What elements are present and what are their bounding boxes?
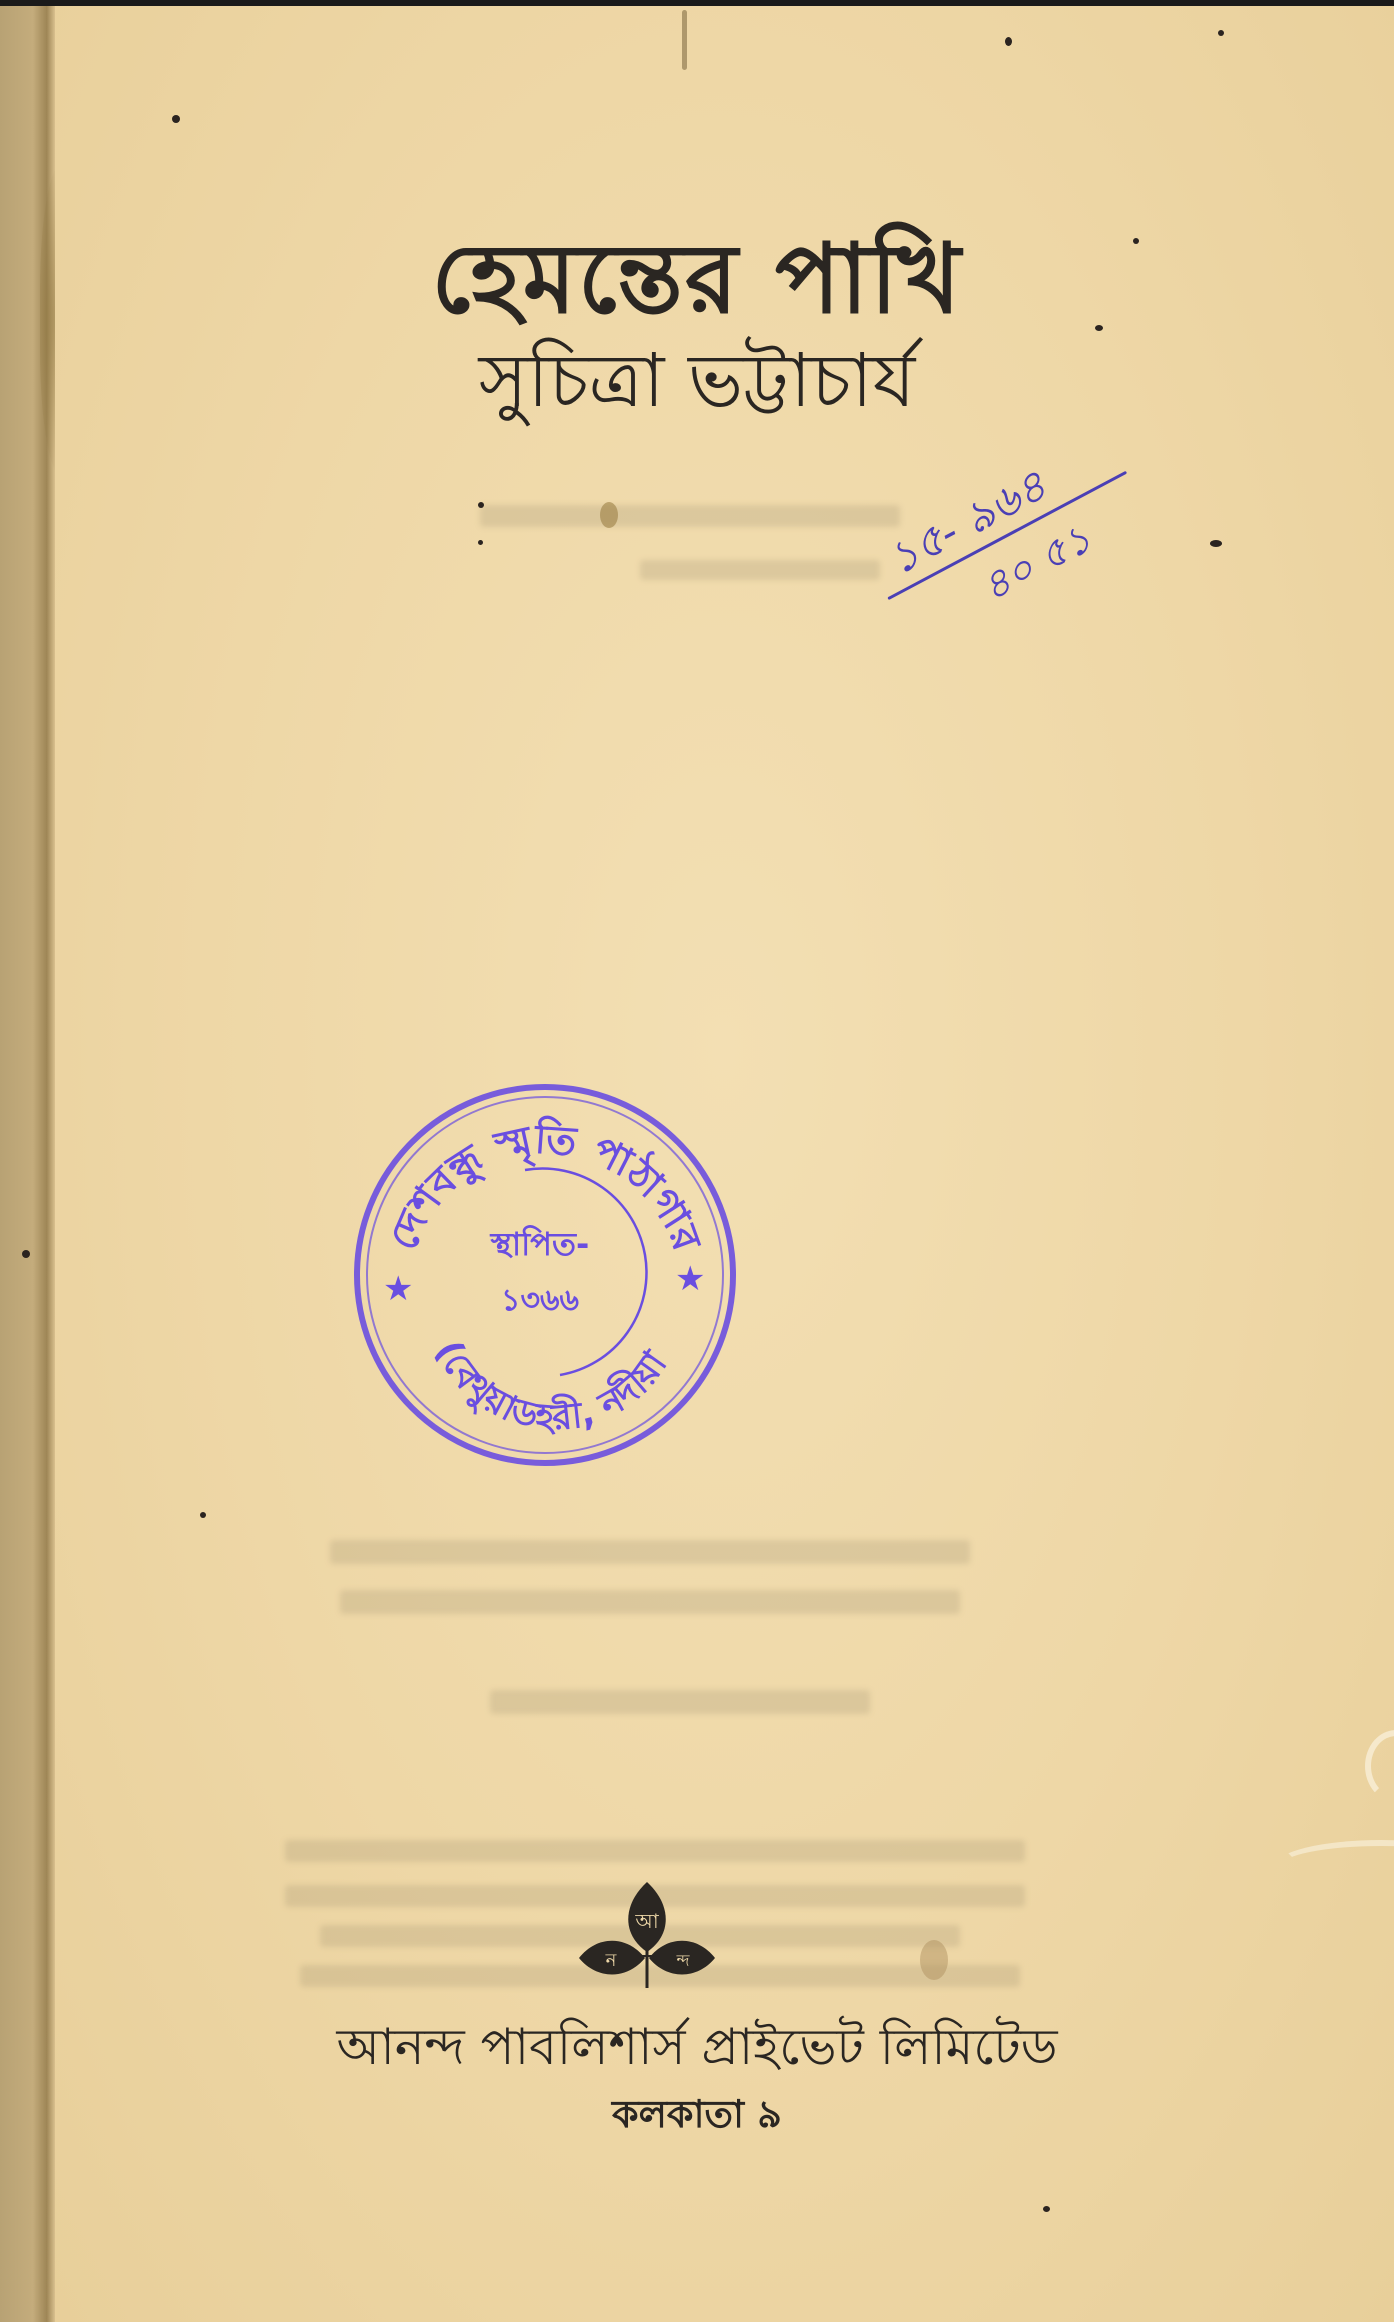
ink-speck bbox=[1210, 540, 1222, 547]
book-author: সুচিত্রা ভট্টাচার্য bbox=[0, 325, 1394, 448]
publisher-city: কলকাতা ৯ bbox=[0, 2085, 1394, 2149]
ink-speck bbox=[1043, 2206, 1050, 2212]
bleed-through-line bbox=[285, 1840, 1025, 1862]
ink-speck bbox=[172, 115, 180, 123]
library-stamp: দেশবন্ধু স্মৃতি পাঠাগার (বেথুয়াডহরী, নদ… bbox=[345, 1075, 745, 1475]
logo-letter: ন্দ bbox=[676, 1951, 691, 1970]
library-stamp-graphic: দেশবন্ধু স্মৃতি পাঠাগার (বেথুয়াডহরী, নদ… bbox=[345, 1075, 745, 1475]
ink-speck bbox=[478, 502, 484, 508]
dirt-spot bbox=[920, 1940, 948, 1980]
bleed-through-line bbox=[340, 1590, 960, 1614]
ink-speck bbox=[22, 1250, 30, 1258]
star-icon: ★ bbox=[675, 1259, 705, 1299]
bleed-through-line bbox=[330, 1540, 970, 1564]
ananda-publishers-logo: আ ন ন্দ bbox=[577, 1880, 717, 1990]
logo-letter: আ bbox=[634, 1909, 659, 1933]
stamp-bottom-text: (বেথুয়াডহরী, নদীয়া bbox=[427, 1335, 676, 1440]
stamp-established-label: স্থাপিত- bbox=[490, 1224, 590, 1263]
ink-speck bbox=[200, 1512, 206, 1518]
ink-speck bbox=[1005, 37, 1012, 46]
ink-speck bbox=[682, 10, 687, 70]
bleed-through-line bbox=[480, 505, 900, 527]
bleed-through-line bbox=[640, 560, 880, 580]
dirt-spot bbox=[600, 502, 618, 528]
logo-letter: ন bbox=[605, 1950, 617, 1971]
svg-text:(বেথুয়াডহরী, নদীয়া: (বেথুয়াডহরী, নদীয়া bbox=[427, 1335, 676, 1440]
stamp-established-year: ১৩৬৬ bbox=[501, 1283, 579, 1318]
star-icon: ★ bbox=[383, 1269, 413, 1309]
ink-speck bbox=[1095, 325, 1103, 331]
publisher-name: আনন্দ পাবলিশার্স প্রাইভেট লিমিটেড bbox=[0, 2010, 1394, 2093]
ink-speck bbox=[478, 540, 483, 545]
ink-speck bbox=[1133, 238, 1139, 244]
bleed-through-line bbox=[490, 1690, 870, 1714]
ink-speck bbox=[1218, 30, 1224, 36]
